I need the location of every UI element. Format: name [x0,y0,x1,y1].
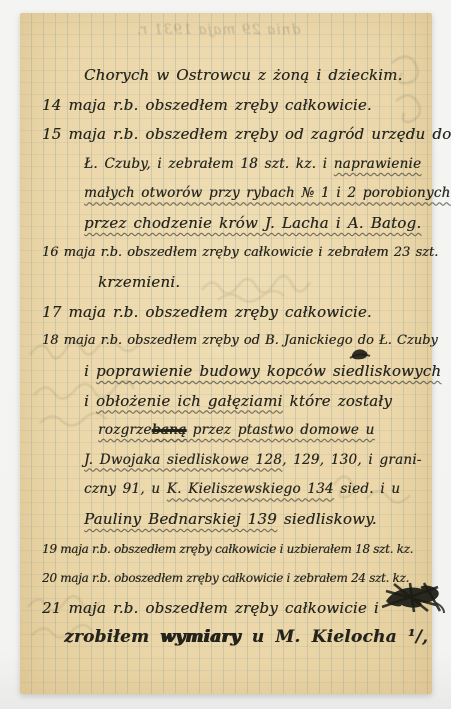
handwritten-text: czny 91, u [84,481,167,497]
manuscript-line: 14 maja r.b. obszedłem zręby całkowicie. [42,92,432,122]
manuscript-line: małych otworów przy rybach № 1 i 2 porob… [84,180,432,210]
handwritten-text: i [84,362,96,380]
manuscript-text: Chorych w Ostrowcu z żoną i dzieckim. 14… [20,13,432,654]
manuscript-line: Chorych w Ostrowcu z żoną i dzieckim. [84,62,432,92]
manuscript-line: J. Dwojaka siedliskowe 128, 129, 130, i … [84,447,432,477]
handwritten-text: 21 maja r.b. obszedłem zręby całkowicie … [42,599,379,617]
handwritten-text-emphasized: wymiary [160,627,240,647]
handwritten-text: 19 maja r.b. obszedłem zręby całkowicie … [42,542,413,556]
handwritten-text: Ł. Czuby, i zebrałem 18 szt. kz. i [84,156,334,172]
handwritten-text-underlined: rozgrzebaną przez ptastwo domowe u [98,422,375,438]
handwritten-text: 17 maja r.b. obszedłem zręby całkowicie. [42,303,372,321]
manuscript-line: Pauliny Bednarskiej 139 siedliskowy. [84,506,432,536]
handwritten-text: krzemieni. [98,273,180,291]
handwritten-text-underlined: J. Dwojaka siedliskowe 128 [84,452,282,468]
manuscript-line: rozgrzebaną przez ptastwo domowe u [98,417,432,447]
handwritten-text: , 129, 130, i grani- [282,452,422,468]
manuscript-line: 15 maja r.b. obszedłem zręby od zagród u… [42,121,432,151]
handwritten-text: 18 maja r.b. obszedłem zręby od B. Janic… [42,333,438,348]
manuscript-line: i obłożenie ich gałęziami które zostały [84,388,432,418]
manuscript-line: krzemieni. [98,269,432,299]
ink-blot-scribble-icon [380,581,446,615]
handwritten-text-underlined: Pauliny Bednarskiej 139 [84,510,277,528]
handwritten-text: Chorych w Ostrowcu z żoną i dzieckim. [84,66,403,84]
manuscript-line: zrobiłem wymiary u M. Kielocha ¹/, [64,624,432,654]
handwritten-text: 14 maja r.b. obszedłem zręby całkowicie. [42,96,372,114]
handwritten-text: 16 maja r.b. obszedłem zręby całkowicie … [42,245,438,260]
handwritten-text-underlined: małych otworów przy rybach № 1 i 2 porob… [84,185,451,201]
scan-background: dnia 29 maja 1931 r. Chorych w Ostrowcu … [0,0,451,709]
ink-blot-icon [349,346,371,362]
manuscript-line: Ł. Czuby, i zebrałem 18 szt. kz. i napra… [84,151,432,181]
handwritten-text: 20 maja r.b. oboszedłem zręby całkowicie… [42,571,409,585]
manuscript-line: 16 maja r.b. obszedłem zręby całkowicie … [42,240,432,270]
handwritten-text-corrected: baną [152,422,186,438]
manuscript-line: 17 maja r.b. obszedłem zręby całkowicie. [42,299,432,329]
handwritten-text-underlined: obłożenie ich gałęziami [96,392,283,410]
manuscript-page: dnia 29 maja 1931 r. Chorych w Ostrowcu … [20,13,432,694]
manuscript-line: czny 91, u K. Kieliszewskiego 134 sied. … [84,476,432,506]
handwritten-text-underlined: poprawienie budowy kopców siedliskowych [96,362,441,380]
handwritten-text: które zostały [283,392,392,410]
handwritten-text: u M. Kielocha ¹/, [241,627,429,647]
manuscript-line: 21 maja r.b. obszedłem zręby całkowicie … [42,595,432,625]
manuscript-line: przez chodzenie krów J. Lacha i A. Batog… [84,210,432,240]
manuscript-line: 20 maja r.b. oboszedłem zręby całkowicie… [42,565,432,595]
manuscript-line: 19 maja r.b. obszedłem zręby całkowicie … [42,536,432,566]
handwritten-text: siedliskowy. [277,510,377,528]
handwritten-text-underlined: naprawienie [334,156,422,172]
handwritten-text: i [84,392,96,410]
handwritten-text: zrobiłem [64,627,160,647]
handwritten-text: 15 maja r.b. obszedłem zręby od zagród u… [42,125,451,143]
handwritten-text: przez ptastwo domowe u [186,422,374,438]
manuscript-line: 18 maja r.b. obszedłem zręby od B. Janic… [42,328,432,358]
handwritten-text: rozgrze [98,422,152,438]
manuscript-line: i poprawienie budowy kopców siedliskowyc… [84,358,432,388]
handwritten-text-underlined: K. Kieliszewskiego 134 [167,481,334,497]
handwritten-text-underlined: przez chodzenie krów J. Lacha i A. Batog… [84,214,421,232]
handwritten-text: sied. i u [334,481,400,497]
